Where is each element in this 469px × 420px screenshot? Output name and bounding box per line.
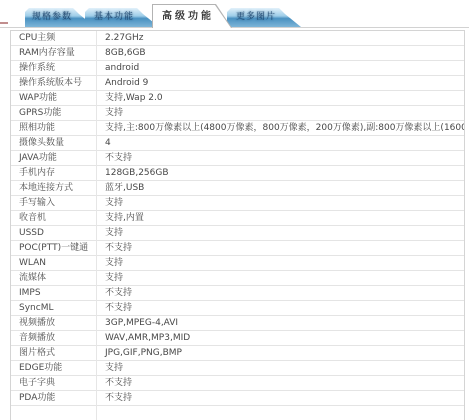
table-row: CPU主频 2.27GHz	[11, 31, 464, 46]
table-row: POC(PTT)一键通 不支持	[11, 241, 464, 256]
spec-label: 手写输入	[11, 196, 96, 210]
spec-label: USSD	[11, 226, 96, 240]
spec-value: 支持,内置	[96, 211, 464, 225]
spec-value: 128GB,256GB	[96, 166, 464, 180]
spec-value: 4	[96, 136, 464, 150]
table-row: SyncML 不支持	[11, 301, 464, 316]
spec-value: 支持	[96, 226, 464, 240]
table-row: 流媒体 支持	[11, 271, 464, 286]
spec-value: 不支持	[96, 376, 464, 390]
column-divider	[96, 31, 97, 420]
spec-value: android	[96, 61, 464, 75]
table-row: EDGE功能 支持	[11, 361, 464, 376]
spec-label: SyncML	[11, 301, 96, 315]
spec-label: 本地连接方式	[11, 181, 96, 195]
spec-value: 2.27GHz	[96, 31, 464, 45]
table-row: 摄像头数量 4	[11, 136, 464, 151]
spec-value: 不支持	[96, 286, 464, 300]
spec-label: 流媒体	[11, 271, 96, 285]
table-row: 照相功能 支持,主:800万像素以上(4800万像素，800万像素，200万像素…	[11, 121, 464, 136]
tab-advanced-functions-label: 高级功能	[153, 5, 231, 28]
table-row: 收音机 支持,内置	[11, 211, 464, 226]
tab-more-pictures[interactable]: 更多图片	[227, 8, 301, 27]
spec-value: 蓝牙,USB	[96, 181, 464, 195]
table-row: 本地连接方式 蓝牙,USB	[11, 181, 464, 196]
spec-label: IMPS	[11, 286, 96, 300]
spec-value: 支持	[96, 271, 464, 285]
spec-label: 操作系统版本号	[11, 76, 96, 90]
spec-value: 支持	[96, 256, 464, 270]
spec-label: 视频播放	[11, 316, 96, 330]
tabstrip-divider	[0, 27, 469, 28]
spec-label: POC(PTT)一键通	[11, 241, 96, 255]
spec-value: 支持	[96, 361, 464, 375]
table-row: JAVA功能 不支持	[11, 151, 464, 166]
spec-value: 支持	[96, 196, 464, 210]
table-row: GPRS功能 支持	[11, 106, 464, 121]
tab-advanced-functions[interactable]: 高级功能	[152, 4, 232, 28]
table-row: PDA功能 不支持	[11, 391, 464, 406]
spec-label: JAVA功能	[11, 151, 96, 165]
table-row: WLAN 支持	[11, 256, 464, 271]
spec-value: 不支持	[96, 391, 464, 405]
spec-label: CPU主频	[11, 31, 96, 45]
spec-value: 不支持	[96, 301, 464, 315]
spec-label: 收音机	[11, 211, 96, 225]
table-row: 视频播放 3GP,MPEG-4,AVI	[11, 316, 464, 331]
tab-basic-functions[interactable]: 基本功能	[85, 8, 159, 27]
spec-label: RAM内存容量	[11, 46, 96, 60]
spec-value: 支持,主:800万像素以上(4800万像素，800万像素，200万像素),副:8…	[96, 121, 464, 135]
spec-label: 手机内存	[11, 166, 96, 180]
spec-label: WLAN	[11, 256, 96, 270]
spec-table: CPU主频 2.27GHz RAM内存容量 8GB,6GB 操作系统 andro…	[10, 30, 465, 420]
spec-label: WAP功能	[11, 91, 96, 105]
table-row: WAP功能 支持,Wap 2.0	[11, 91, 464, 106]
table-row: 图片格式 JPG,GIF,PNG,BMP	[11, 346, 464, 361]
spec-value: 8GB,6GB	[96, 46, 464, 60]
table-row: IMPS 不支持	[11, 286, 464, 301]
spec-value: 支持,Wap 2.0	[96, 91, 464, 105]
spec-label: EDGE功能	[11, 361, 96, 375]
spec-value: WAV,AMR,MP3,MID	[96, 331, 464, 345]
tenaa-spec-page: 规格参数 基本功能 高级功能 更多图片 CPU主频 2.27GHz RAM内存容…	[0, 0, 469, 420]
table-row: 手机内存 128GB,256GB	[11, 166, 464, 181]
spec-label: 操作系统	[11, 61, 96, 75]
spec-label: 照相功能	[11, 121, 96, 135]
table-row: RAM内存容量 8GB,6GB	[11, 46, 464, 61]
spec-value: 支持	[96, 106, 464, 120]
spec-label: PDA功能	[11, 391, 96, 405]
tab-spec-params[interactable]: 规格参数	[25, 8, 95, 27]
table-row: 电子字典 不支持	[11, 376, 464, 391]
table-row: USSD 支持	[11, 226, 464, 241]
spec-label: 电子字典	[11, 376, 96, 390]
spec-value: JPG,GIF,PNG,BMP	[96, 346, 464, 360]
spec-label: 摄像头数量	[11, 136, 96, 150]
spec-value: Android 9	[96, 76, 464, 90]
spec-value: 不支持	[96, 151, 464, 165]
spec-label: 音频播放	[11, 331, 96, 345]
table-row: 音频播放 WAV,AMR,MP3,MID	[11, 331, 464, 346]
table-row: 手写输入 支持	[11, 196, 464, 211]
tabstrip-left-mark	[0, 22, 8, 24]
spec-value: 不支持	[96, 241, 464, 255]
spec-label: GPRS功能	[11, 106, 96, 120]
spec-value: 3GP,MPEG-4,AVI	[96, 316, 464, 330]
spec-label: 图片格式	[11, 346, 96, 360]
table-row: 操作系统版本号 Android 9	[11, 76, 464, 91]
table-row: 操作系统 android	[11, 61, 464, 76]
